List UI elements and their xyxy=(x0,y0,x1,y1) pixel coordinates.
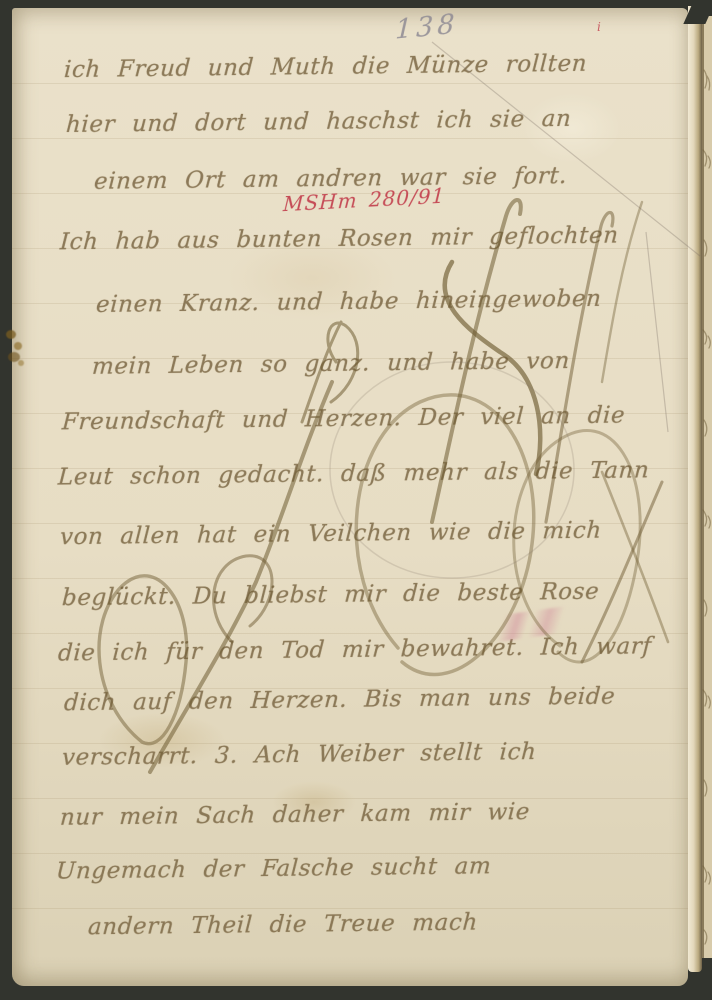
manuscript-line: einem Ort am andren war sie fort. xyxy=(93,159,568,199)
foxing-spot xyxy=(14,342,22,350)
page-number-pencil: 138 xyxy=(395,9,459,47)
red-ink-mark: i xyxy=(597,20,601,34)
manuscript-line: einen Kranz. und habe hineingewoben xyxy=(95,282,603,322)
manuscript-line: beglückt. Du bliebst mir die beste Rose xyxy=(61,575,600,616)
page-fore-edge xyxy=(688,6,702,972)
scan-background: 138 i MSHm 280/91 ich Freud und Muth die… xyxy=(0,0,712,1000)
adjacent-page-edge xyxy=(702,16,712,958)
manuscript-line: dich auf den Herzen. Bis man uns beide xyxy=(63,680,616,721)
foxing-spot xyxy=(18,360,24,366)
manuscript-line: andern Theil die Treue mach xyxy=(87,906,479,945)
manuscript-line: ich Freud und Muth die Münze rollten xyxy=(63,47,588,87)
manuscript-line: Ungemach der Falsche sucht am xyxy=(55,849,492,888)
manuscript-line: die ich für den Tod mir bewahret. Ich wa… xyxy=(57,629,652,670)
manuscript-line: von allen hat ein Veilchen wie die mich xyxy=(59,514,603,555)
foxing-spot xyxy=(6,330,16,339)
manuscript-line: Freundschaft und Herzen. Der viel an die xyxy=(61,399,626,440)
manuscript-line: Leut schon gedacht. daß mehr als die Tan… xyxy=(57,453,650,494)
manuscript-page: 138 i MSHm 280/91 ich Freud und Muth die… xyxy=(12,8,688,986)
manuscript-line: verscharrt. 3. Ach Weiber stellt ich xyxy=(61,735,537,775)
manuscript-line: hier und dort und haschst ich sie an xyxy=(65,102,572,142)
manuscript-line: mein Leben so ganz. und habe von xyxy=(91,344,571,384)
manuscript-line: Ich hab aus bunten Rosen mir geflochten xyxy=(59,219,620,260)
manuscript-line: nur mein Sach daher kam mir wie xyxy=(59,795,531,835)
